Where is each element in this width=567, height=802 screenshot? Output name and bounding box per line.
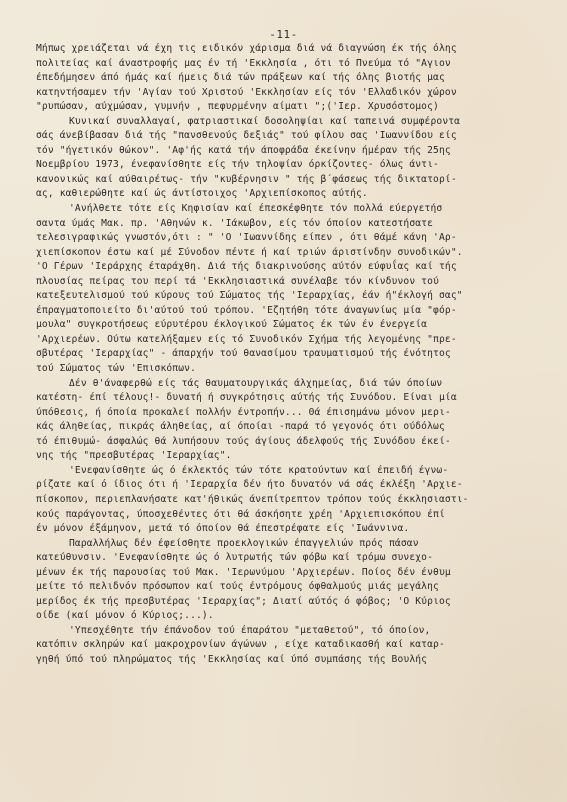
text-line: μείτε τό πελιδνόν πρόσωπον καί τούς έντρ… <box>36 580 551 595</box>
text-line: τελεσιγραφικώς γνωστόν,ότι : " 'Ο 'Ιωανν… <box>36 231 551 246</box>
paragraph-first-line: Κυνικαί συναλλαγαί, φατριαστικαί δοσοληψ… <box>36 115 551 130</box>
text-line: κούς παράγοντας, ύποσχεθέντες ότι θά άσκ… <box>36 508 551 523</box>
page-number: -11- <box>0 28 567 41</box>
text-line: νης τής "πρεσβυτέρας 'Ιεραρχίας". <box>36 449 551 464</box>
text-line: έν μόνον έξάμηνον, μετά τό όποίον θά έπε… <box>36 522 551 537</box>
text-line: κάς άληθείας, πικράς άληθείας, αί όποίαι… <box>36 420 551 435</box>
text-line: ύπόθεσις, ή όποία προκαλεί πολλήν έντροπ… <box>36 406 551 421</box>
paragraph-first-line: 'Υπεσχέθητε τήν έπάνοδον τού έπαράτου "μ… <box>36 624 551 639</box>
text-line: πολιτείας καί άναστροφής μας έν τή 'Εκκλ… <box>36 57 551 72</box>
paragraph-first-line: 'Ενεφανίσθητε ώς ό έκλεκτός τών τότε κρα… <box>36 464 551 479</box>
text-line: έπεδήμησεν άπό ήμάς καί ήμεις διά τών πρ… <box>36 71 551 86</box>
text-line: τού Σώματος τών 'Επισκόπων. <box>36 362 551 377</box>
text-line: σβυτέρας 'Ιεραρχίας" - άπαρχήν τού θανασ… <box>36 347 551 362</box>
text-line: οίδε (καί μόνον ό Κύριος;...). <box>36 609 551 624</box>
text-line: τόν "ήγετικόν θώκον". 'Αφ'ής κατά τήν άπ… <box>36 144 551 159</box>
text-line: σαντα ύμάς Μακ. πρ. 'Αθηνών κ. 'Ιάκωβον,… <box>36 217 551 232</box>
text-line: πλουσίας πείρας του περί τά 'Εκκλησιαστι… <box>36 275 551 290</box>
text-line: γηθή ύπό τού πληρώματος τής 'Εκκλησίας κ… <box>36 653 551 668</box>
text-line: σάς άνεβίβασαν διά τής "πανσθενούς δεξιά… <box>36 129 551 144</box>
text-line: Νοεμβρίου 1973, ένεφανίσθητε είς τήν τηλ… <box>36 158 551 173</box>
text-line: ρίζατε καί ό ίδιος ότι ή 'Ιεραρχία δέν ή… <box>36 478 551 493</box>
text-line: κανονικώς καί αύθαιρέτως- τήν "κυβέρνησι… <box>36 173 551 188</box>
text-line: μερίδος έκ τής πρεσβυτέρας 'Ιεραρχίας"; … <box>36 595 551 610</box>
text-line: κατεύθυνσιν. 'Ενεφανίσθητε ώς ό λυτρωτής… <box>36 551 551 566</box>
text-line: κατέστη- έπί τέλους!- δυνατή ή συγκρότησ… <box>36 391 551 406</box>
document-page: -11- Μήπως χρειάζεται νά έχη τις ειδικόν… <box>0 0 567 802</box>
paragraph-first-line: 'Ανήλθετε τότε είς Κηφισίαν καί έπεσκέφθ… <box>36 202 551 217</box>
text-line: κατηντήσαμεν τήν 'Αγίαν τού Χριστού 'Εκκ… <box>36 86 551 101</box>
paragraph-first-line: Παραλλήλως δέν έφείσθητε προεκλογικών έπ… <box>36 537 551 552</box>
paragraph-first-line: Δέν θ'άναφερθώ είς τάς θαυματουργικάς άλ… <box>36 377 551 392</box>
text-line: κατόπιν σκληρών καί μακροχρονίων άγώνων … <box>36 638 551 653</box>
text-line: 'Ο Γέρων 'Ιεράρχης έταράχθη. Διά τής δια… <box>36 260 551 275</box>
text-line: πίσκοπον, περιεπλανήσατε κατ'ήθικώς άνεπ… <box>36 493 551 508</box>
text-line: 'Αρχιερέων. Ούτω κατελήξαμεν είς τό Συνο… <box>36 333 551 348</box>
document-body: Μήπως χρειάζεται νά έχη τις ειδικόν χάρι… <box>36 42 551 668</box>
text-line: Μήπως χρειάζεται νά έχη τις ειδικόν χάρι… <box>36 42 551 57</box>
text-line: ας, καθιερώθητε καί ώς άντίστοιχος 'Αρχι… <box>36 187 551 202</box>
text-line: έπραγματοποιείτο δι'αύτού τού τρόπου. 'Ε… <box>36 304 551 319</box>
text-line: κατεξευτελισμού τού κύρους τού Σώματος τ… <box>36 289 551 304</box>
text-line: μουλα" συγκροτήσεως εύρυτέρου έκλογικού … <box>36 318 551 333</box>
text-line: "ρυπώσαν, αύχμώσαν, γυμνήν , πεφυρμένην … <box>36 100 551 115</box>
text-line: χιεπίσκοπον έστω καί μέ Σύνοδον πέντε ή … <box>36 246 551 261</box>
text-line: μένων έκ τής παρουσίας τού Μακ. 'Ιερωνύμ… <box>36 566 551 581</box>
text-line: τό έπιθυμώ- άσφαλώς θά λυπήσουν τούς άγί… <box>36 435 551 450</box>
